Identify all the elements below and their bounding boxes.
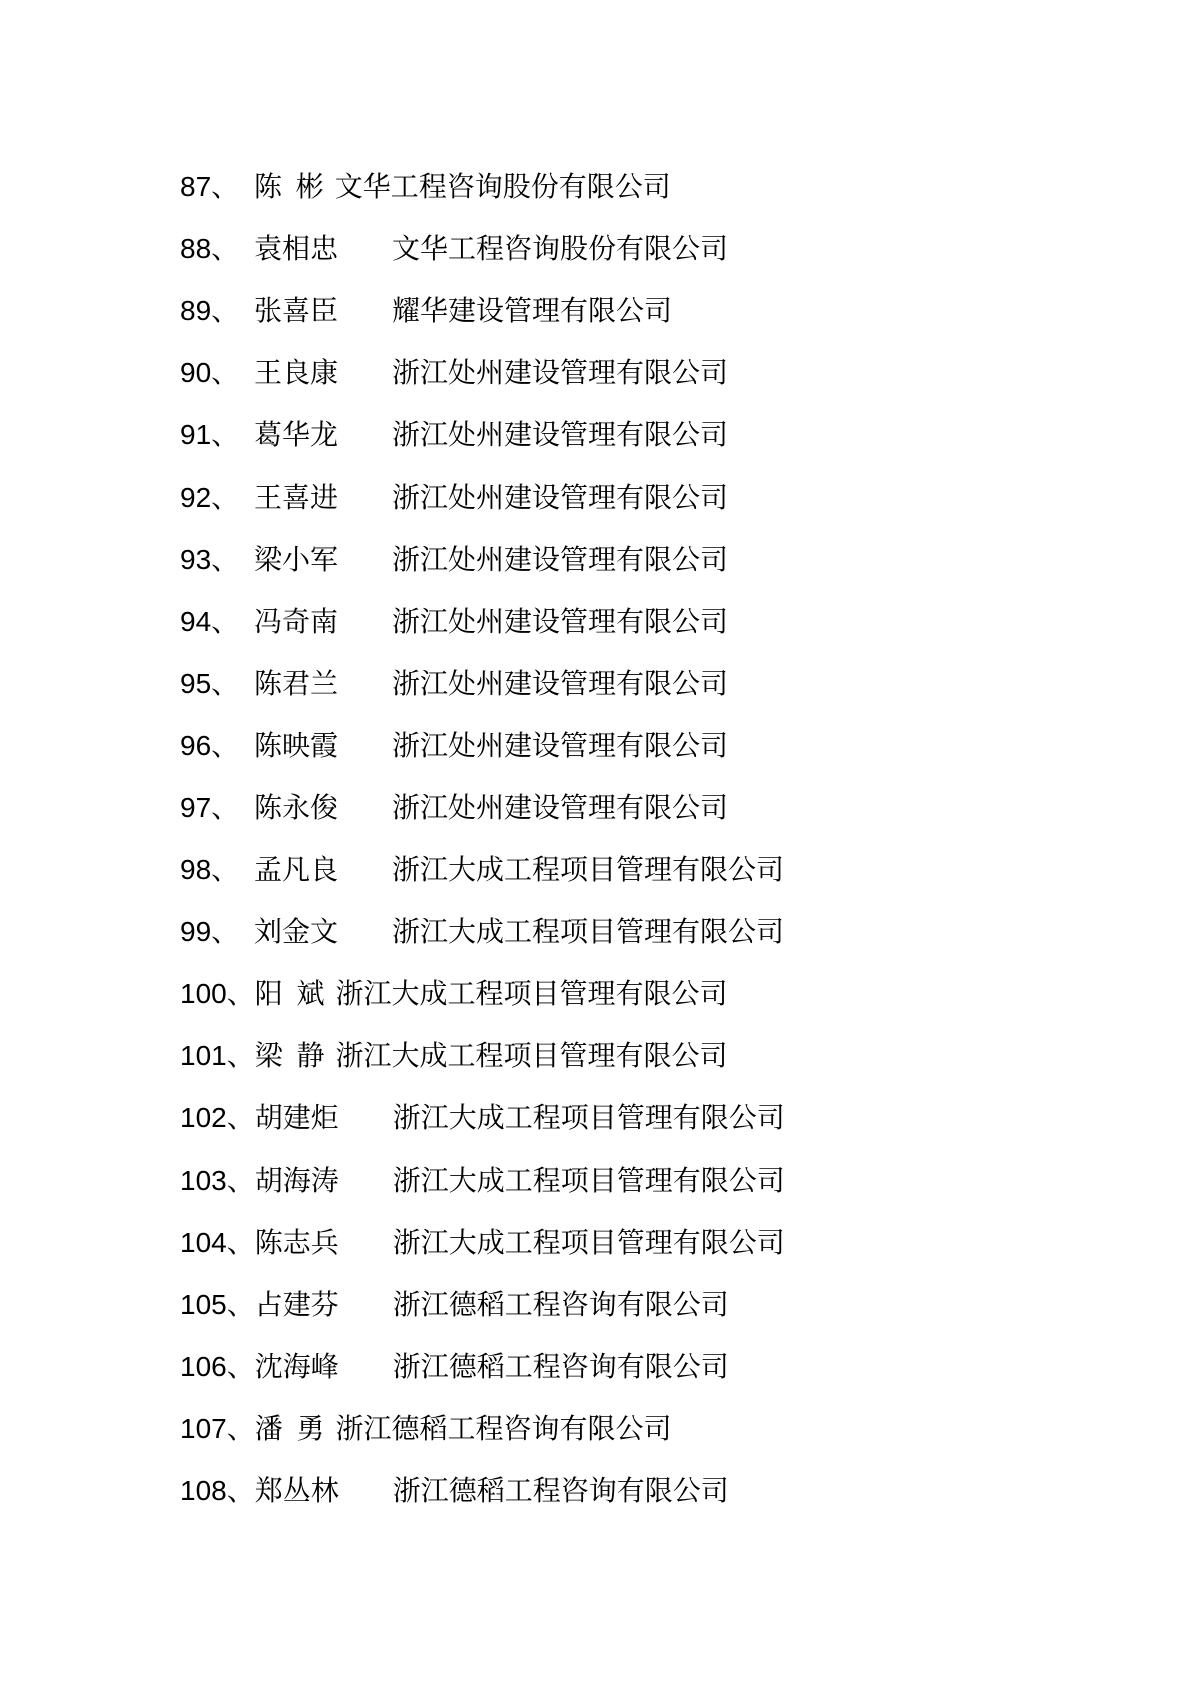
roster-row: 94、 冯奇南 浙江处州建设管理有限公司 [0,591,1190,653]
item-number: 97、 [180,794,254,822]
roster-row: 103、 胡海涛 浙江大成工程项目管理有限公司 [0,1150,1190,1212]
item-number: 102、 [180,1104,255,1132]
item-number: 104、 [180,1229,255,1257]
roster: 87、 陈 彬 文华工程咨询股份有限公司 88、 袁相忠 文华工程咨询股份有限公… [0,156,1190,1522]
item-number: 101、 [180,1042,255,1070]
company-name: 浙江德稻工程咨询有限公司 [393,1353,729,1381]
roster-row: 108、 郑丛林 浙江德稻工程咨询有限公司 [0,1460,1190,1522]
document-page: 87、 陈 彬 文华工程咨询股份有限公司 88、 袁相忠 文华工程咨询股份有限公… [0,0,1190,1683]
roster-row: 101、 梁 静 浙江大成工程项目管理有限公司 [0,1025,1190,1087]
roster-row: 92、 王喜进 浙江处州建设管理有限公司 [0,466,1190,528]
company-name: 浙江处州建设管理有限公司 [392,794,728,822]
person-name: 张喜臣 [254,297,392,325]
roster-row: 87、 陈 彬 文华工程咨询股份有限公司 [0,156,1190,218]
item-number: 87、 [180,173,254,201]
item-number: 98、 [180,856,254,884]
item-number: 108、 [180,1477,255,1505]
person-name: 陈映霞 [254,732,392,760]
roster-row: 107、 潘 勇 浙江德稻工程咨询有限公司 [0,1398,1190,1460]
item-number: 94、 [180,608,254,636]
roster-row: 102、 胡建炬 浙江大成工程项目管理有限公司 [0,1087,1190,1149]
item-number: 91、 [180,421,254,449]
person-name: 陈君兰 [254,670,392,698]
item-number: 96、 [180,732,254,760]
item-number: 100、 [180,980,255,1008]
company-name: 浙江处州建设管理有限公司 [392,670,728,698]
person-name: 阳 斌 [255,980,325,1008]
company-name: 浙江大成工程项目管理有限公司 [393,1104,785,1132]
company-name: 浙江处州建设管理有限公司 [392,608,728,636]
person-name: 胡海涛 [255,1167,393,1195]
person-name: 冯奇南 [254,608,392,636]
company-name: 耀华建设管理有限公司 [392,297,672,325]
person-name: 王喜进 [254,484,392,512]
company-name: 浙江德稻工程咨询有限公司 [336,1415,672,1443]
company-name: 文华工程咨询股份有限公司 [392,235,728,263]
item-number: 92、 [180,484,254,512]
roster-row: 95、 陈君兰 浙江处州建设管理有限公司 [0,653,1190,715]
roster-row: 89、 张喜臣 耀华建设管理有限公司 [0,280,1190,342]
company-name: 浙江处州建设管理有限公司 [392,732,728,760]
item-number: 106、 [180,1353,255,1381]
roster-row: 91、 葛华龙 浙江处州建设管理有限公司 [0,404,1190,466]
company-name: 浙江处州建设管理有限公司 [392,359,728,387]
person-name: 梁小军 [254,546,392,574]
company-name: 浙江大成工程项目管理有限公司 [392,918,784,946]
item-number: 95、 [180,670,254,698]
person-name: 陈永俊 [254,794,392,822]
item-number: 105、 [180,1291,255,1319]
company-name: 浙江德稻工程咨询有限公司 [393,1477,729,1505]
roster-row: 100、 阳 斌 浙江大成工程项目管理有限公司 [0,963,1190,1025]
person-name: 袁相忠 [254,235,392,263]
roster-row: 105、 占建芬 浙江德稻工程咨询有限公司 [0,1274,1190,1336]
company-name: 文华工程咨询股份有限公司 [335,173,671,201]
person-name: 梁 静 [255,1042,325,1070]
roster-row: 97、 陈永俊 浙江处州建设管理有限公司 [0,777,1190,839]
roster-row: 99、 刘金文 浙江大成工程项目管理有限公司 [0,901,1190,963]
person-name: 郑丛林 [255,1477,393,1505]
person-name: 陈 彬 [254,173,324,201]
person-name: 沈海峰 [255,1353,393,1381]
roster-row: 104、 陈志兵 浙江大成工程项目管理有限公司 [0,1212,1190,1274]
company-name: 浙江处州建设管理有限公司 [392,421,728,449]
company-name: 浙江大成工程项目管理有限公司 [336,1042,728,1070]
roster-row: 106、 沈海峰 浙江德稻工程咨询有限公司 [0,1336,1190,1398]
company-name: 浙江处州建设管理有限公司 [392,546,728,574]
company-name: 浙江德稻工程咨询有限公司 [393,1291,729,1319]
roster-row: 88、 袁相忠 文华工程咨询股份有限公司 [0,218,1190,280]
roster-row: 93、 梁小军 浙江处州建设管理有限公司 [0,529,1190,591]
company-name: 浙江大成工程项目管理有限公司 [393,1167,785,1195]
item-number: 88、 [180,235,254,263]
person-name: 陈志兵 [255,1229,393,1257]
person-name: 占建芬 [255,1291,393,1319]
company-name: 浙江大成工程项目管理有限公司 [392,856,784,884]
company-name: 浙江处州建设管理有限公司 [392,484,728,512]
company-name: 浙江大成工程项目管理有限公司 [393,1229,785,1257]
item-number: 103、 [180,1167,255,1195]
item-number: 89、 [180,297,254,325]
person-name: 孟凡良 [254,856,392,884]
item-number: 107、 [180,1415,255,1443]
roster-row: 90、 王良康 浙江处州建设管理有限公司 [0,342,1190,404]
company-name: 浙江大成工程项目管理有限公司 [336,980,728,1008]
item-number: 99、 [180,918,254,946]
person-name: 胡建炬 [255,1104,393,1132]
item-number: 93、 [180,546,254,574]
person-name: 潘 勇 [255,1415,325,1443]
person-name: 刘金文 [254,918,392,946]
person-name: 葛华龙 [254,421,392,449]
roster-row: 98、 孟凡良 浙江大成工程项目管理有限公司 [0,839,1190,901]
roster-row: 96、 陈映霞 浙江处州建设管理有限公司 [0,715,1190,777]
person-name: 王良康 [254,359,392,387]
item-number: 90、 [180,359,254,387]
